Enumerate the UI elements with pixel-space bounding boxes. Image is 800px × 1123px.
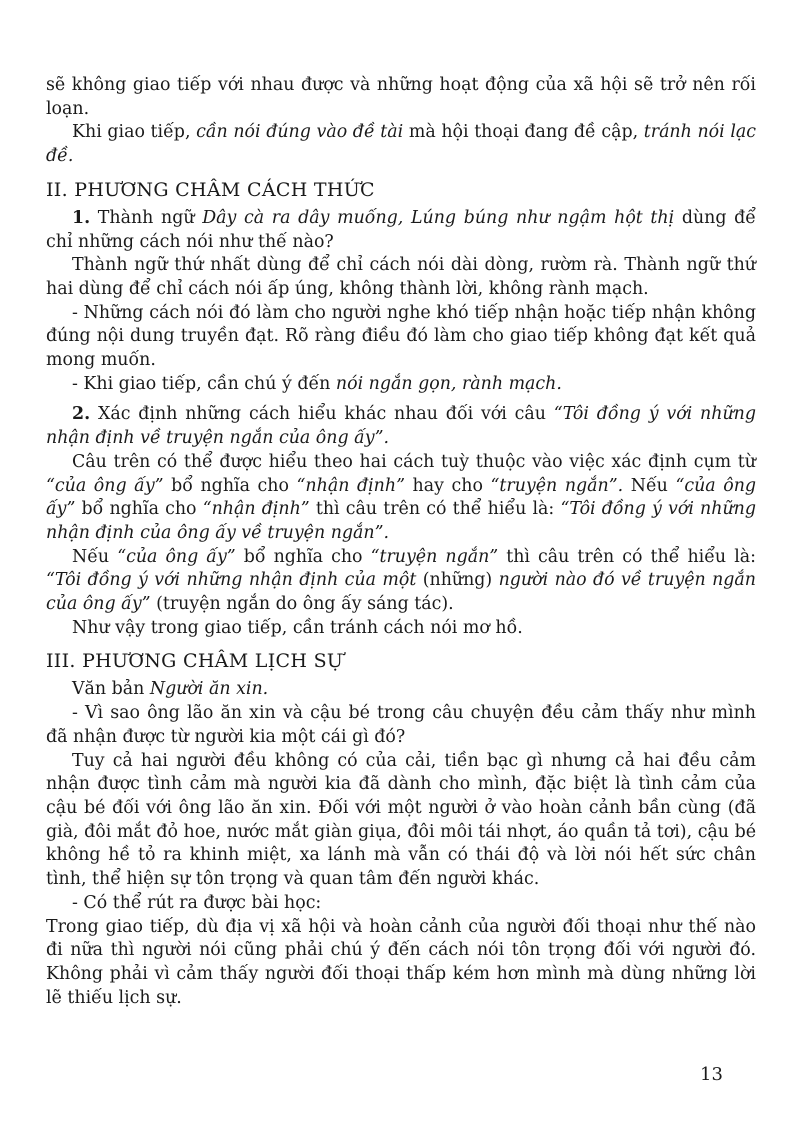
- answer-2-paragraph-1: Câu trên có thể được hiểu theo hai cách …: [46, 451, 756, 546]
- intro-paragraph-2: Khi giao tiếp, cần nói đúng vào đề tài m…: [46, 121, 756, 168]
- text: thì câu trên có thể hiểu là:: [498, 547, 756, 567]
- section3-question-1: - Vì sao ông lão ăn xin và cậu bé trong …: [46, 702, 756, 749]
- section-heading-2: II. PHƯƠNG CHÂM CÁCH THỨC: [46, 177, 756, 203]
- page-content: sẽ không giao tiếp với nhau được và nhữn…: [46, 74, 756, 1010]
- answer-1-paragraph-1: Thành ngữ thứ nhất dùng để chỉ cách nói …: [46, 254, 756, 301]
- answer-2-paragraph-3: Như vậy trong giao tiếp, cần tránh cách …: [46, 617, 756, 641]
- text: bổ nghĩa cho: [75, 499, 202, 519]
- text: hay cho: [405, 476, 491, 496]
- answer-1-paragraph-2: - Những cách nói đó làm cho người nghe k…: [46, 302, 756, 373]
- text: thì câu trên có thể hiểu là:: [310, 499, 561, 519]
- intro-paragraph-1: sẽ không giao tiếp với nhau được và nhữn…: [46, 74, 756, 121]
- text: Xác định những cách hiểu khác nhau đối v…: [90, 404, 554, 424]
- question-2: 2. Xác định những cách hiểu khác nhau đố…: [46, 403, 756, 450]
- section3-answer-2: Trong giao tiếp, dù địa vị xã hội và hoà…: [46, 916, 756, 1011]
- text: Thành ngữ: [90, 208, 202, 228]
- question-number: 2.: [72, 404, 90, 424]
- question-number: 1.: [72, 208, 90, 228]
- text: (truyện ngắn do ông ấy sáng tác).: [151, 594, 454, 614]
- answer-1-paragraph-3: - Khi giao tiếp, cần chú ý đến nói ngắn …: [46, 373, 756, 397]
- text: Nếu: [623, 476, 675, 496]
- text: bổ nghĩa cho: [236, 547, 371, 567]
- section-heading-3: III. PHƯƠNG CHÂM LỊCH SỰ: [46, 648, 756, 674]
- emphasis: Người ăn xin.: [150, 679, 268, 699]
- text: Câu trên có thể được hiểu theo hai cách …: [72, 452, 756, 472]
- section3-question-2: - Có thể rút ra được bài học:: [46, 892, 756, 916]
- page-number: 13: [700, 1064, 723, 1085]
- emphasis: “truyện ngắn”.: [491, 476, 624, 496]
- text: Nếu: [72, 547, 117, 567]
- section3-answer-1: Tuy cả hai người đều không có của cải, t…: [46, 750, 756, 892]
- emphasis: “Tôi đồng ý với những nhận định của một: [46, 570, 416, 590]
- emphasis: “truyện ngắn”: [371, 547, 499, 567]
- emphasis: “của ông ấy”: [117, 547, 236, 567]
- text: Khi giao tiếp,: [72, 122, 196, 142]
- emphasis: cần nói đúng vào đề tài: [196, 122, 403, 142]
- question-1: 1. Thành ngữ Dây cà ra dây muống, Lúng b…: [46, 207, 756, 254]
- emphasis: “của ông ấy”: [46, 476, 164, 496]
- answer-2-paragraph-2: Nếu “của ông ấy” bổ nghĩa cho “truyện ng…: [46, 546, 756, 617]
- emphasis: nói ngắn gọn, rành mạch.: [336, 374, 562, 394]
- emphasis: “nhận định”: [203, 499, 310, 519]
- text: Văn bản: [72, 679, 150, 699]
- emphasis: Dây cà ra dây muống, Lúng búng như ngậm …: [202, 208, 674, 228]
- text: mà hội thoại đang đề cập,: [403, 122, 644, 142]
- emphasis: “nhận định”: [297, 476, 405, 496]
- text-reference: Văn bản Người ăn xin.: [46, 678, 756, 702]
- text: - Khi giao tiếp, cần chú ý đến: [72, 374, 336, 394]
- text: (những): [416, 570, 498, 590]
- text: bổ nghĩa cho: [164, 476, 297, 496]
